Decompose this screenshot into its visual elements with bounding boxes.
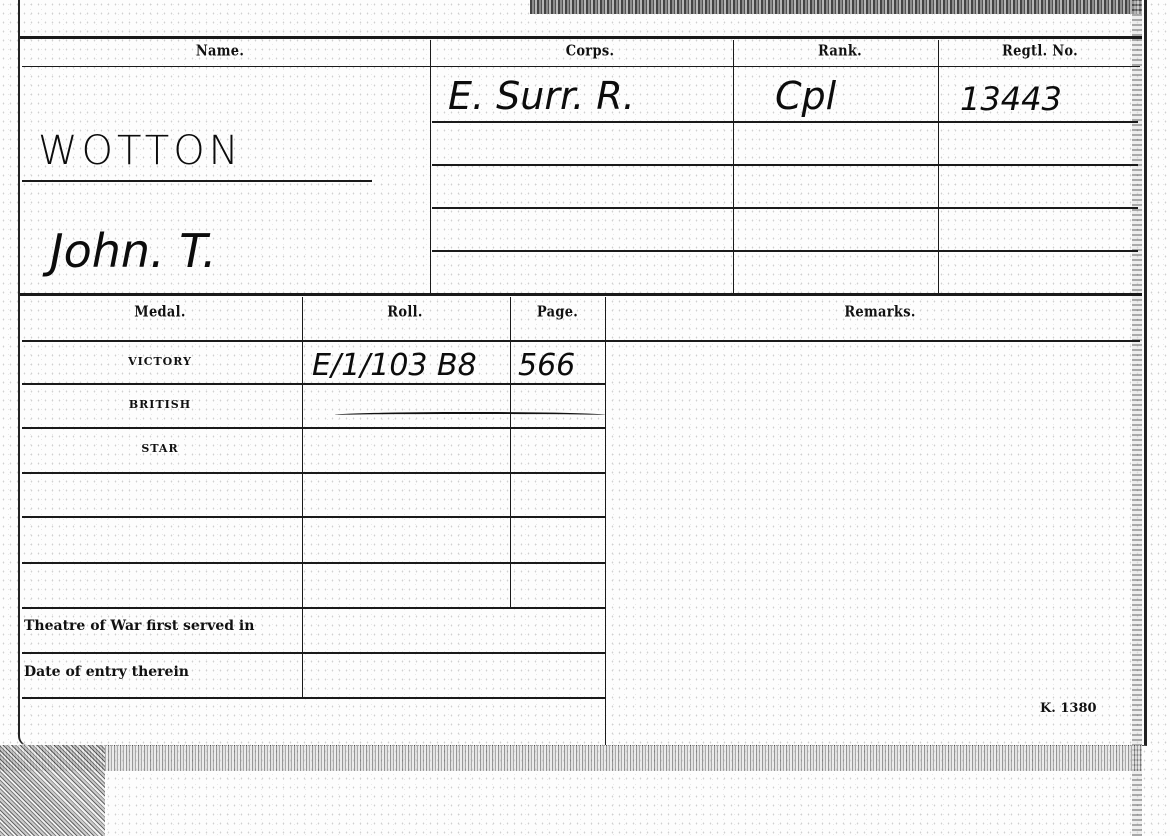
row-rule-1	[432, 121, 1138, 123]
medal-row-rule-3	[22, 472, 605, 474]
theatre-label: Theatre of War first served in	[24, 618, 254, 634]
rank-header: Rank.	[790, 43, 890, 60]
roll-victory: E/1/103 B8	[312, 348, 477, 383]
medal-row-rule-2	[22, 427, 605, 429]
medal-star: Star	[80, 442, 240, 455]
forenames-value: John. T.	[50, 224, 217, 278]
divider-page-remarks	[605, 297, 606, 745]
section-rule	[20, 293, 1142, 296]
row-rule-4	[432, 250, 1138, 252]
corps-header: Corps.	[520, 43, 660, 60]
medal-row-rule-1	[22, 383, 605, 385]
strike-line	[335, 412, 605, 418]
card-top-rule	[20, 36, 1142, 39]
name-header: Name.	[150, 43, 290, 60]
divider-rank-regtl	[938, 40, 939, 293]
scan-artifact	[0, 745, 105, 836]
regtl-no-header: Regtl. No.	[975, 43, 1105, 60]
medal-row-rule-4	[22, 516, 605, 518]
medal-header: Medal.	[90, 304, 230, 321]
divider-medal-roll	[302, 297, 303, 697]
date-rule	[22, 697, 605, 699]
divider-name-corps	[430, 40, 431, 293]
medal-victory: Victory	[80, 355, 240, 368]
scan-edge-bottom	[0, 745, 1142, 771]
rank-value: Cpl	[775, 74, 836, 118]
row-rule-2	[432, 164, 1138, 166]
form-reference: K. 1380	[1040, 701, 1097, 716]
roll-header: Roll.	[340, 304, 470, 321]
medal-british: British	[80, 398, 240, 411]
surname-value: WOTTON	[38, 128, 243, 174]
medal-row-rule-6	[22, 607, 605, 609]
medal-row-rule-5	[22, 562, 605, 564]
name-rule	[22, 180, 372, 182]
page-victory: 566	[518, 348, 575, 383]
page-header: Page.	[515, 304, 600, 321]
divider-corps-rank	[733, 40, 734, 293]
regtl-no-value: 13443	[960, 80, 1062, 118]
theatre-rule	[22, 652, 605, 654]
remarks-header: Remarks.	[780, 304, 980, 321]
header-rule	[22, 66, 1140, 67]
row-rule-3	[432, 207, 1138, 209]
medal-header-rule	[22, 340, 1140, 342]
date-entry-label: Date of entry therein	[24, 664, 189, 680]
corps-value: E. Surr. R.	[448, 74, 635, 118]
